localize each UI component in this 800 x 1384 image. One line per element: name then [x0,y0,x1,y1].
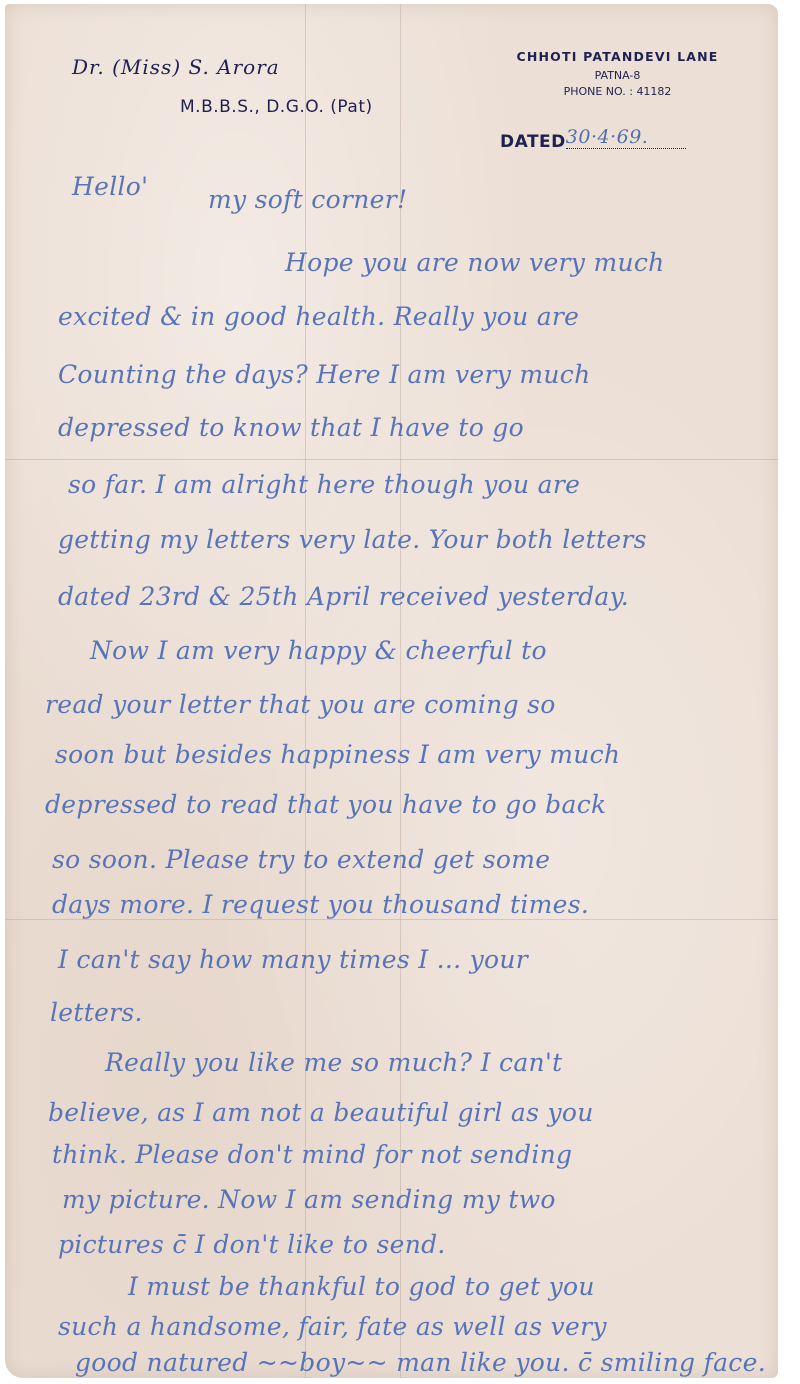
date-field: DATED30·4·69. [500,130,686,153]
letter-line: my picture. Now I am sending my two [62,1185,556,1214]
address-phone: PHONE NO. : 41182 [495,85,740,98]
letter-line: Really you like me so much? I can't [105,1048,562,1077]
fold-crease [5,919,778,920]
address-street: CHHOTI PATANDEVI LANE [495,49,740,64]
letter-line: read your letter that you are coming so [45,690,556,719]
letter-line: such a handsome, fair, fate as well as v… [58,1312,607,1341]
letter-line: good natured ~~boy~~ man like you. c̄ sm… [75,1348,766,1377]
letter-line: depressed to read that you have to go ba… [45,790,606,819]
letter-line: so far. I am alright here though you are [68,470,580,499]
letter-line: believe, as I am not a beautiful girl as… [48,1098,594,1127]
letter-line: Counting the days? Here I am very much [58,360,591,389]
letter-line: depressed to know that I have to go [58,413,524,442]
greeting: Hello' [72,172,148,201]
letterhead-degrees: M.B.B.S., D.G.O. (Pat) [180,97,373,117]
letter-line: soon but besides happiness I am very muc… [55,740,620,769]
letter-line: I must be thankful to god to get you [128,1272,595,1301]
letter-line: I can't say how many times I ... your [58,945,528,974]
letter-line: Hope you are now very much [285,248,665,277]
letter-line: think. Please don't mind for not sending [52,1140,572,1169]
fold-crease [5,459,778,460]
letter-line: dated 23rd & 25th April received yesterd… [58,582,629,611]
letterhead-address: CHHOTI PATANDEVI LANE PATNA-8 PHONE NO. … [495,49,740,98]
letter-line: getting my letters very late. Your both … [58,525,647,554]
letter-line: letters. [50,998,143,1027]
letter-line: Now I am very happy & cheerful to [90,636,547,665]
letter-line: excited & in good health. Really you are [58,302,579,331]
letter-line: pictures c̄ I don't like to send. [58,1230,446,1259]
salutation: my soft corner! [208,185,407,214]
letterhead-name: Dr. (Miss) S. Arora [72,55,280,79]
letter-line: days more. I request you thousand times. [52,890,589,919]
dated-label: DATED [500,132,566,152]
letter-line: so soon. Please try to extend get some [52,845,550,874]
dated-value: 30·4·69. [566,126,686,149]
address-city: PATNA-8 [495,69,740,82]
